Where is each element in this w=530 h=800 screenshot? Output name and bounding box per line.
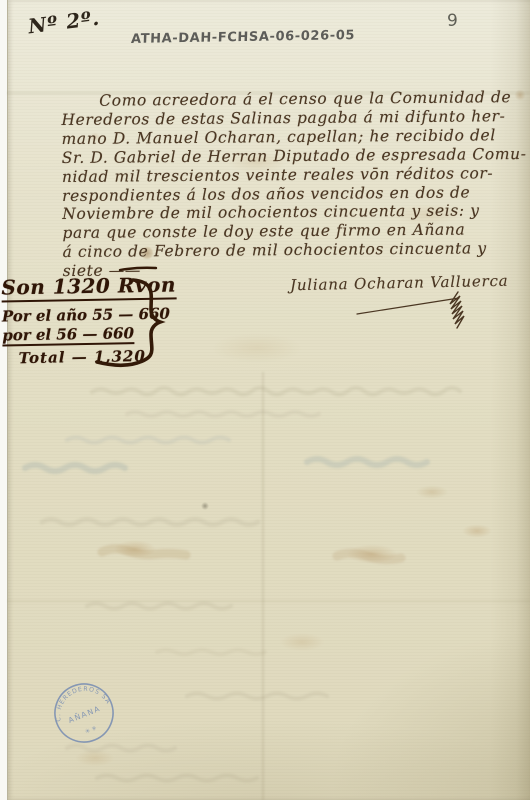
stamp-center-text: AÑANA — [67, 704, 102, 725]
page-number-pencil: 9 — [447, 11, 458, 31]
paper-crease — [7, 600, 530, 602]
margin-sum-heading: Son 1320 Rvon — [1, 272, 176, 302]
margin-row-total: Total — 1,320 — [19, 348, 173, 368]
signature-rubric-zigzag — [450, 292, 464, 328]
margin-account-note: Son 1320 Rvon Por el año 55 — 660 por el… — [1, 273, 173, 368]
margin-row-year55: Por el año 55 — 660 — [2, 306, 172, 326]
document-number-annotation: Nº 2º. — [27, 6, 102, 39]
paper-sheet: Nº 2º. ATHA-DAH-FCHSA-06-026-05 9 Como a… — [7, 0, 530, 800]
stamp-bottom-marks: ✳ ✳ — [84, 725, 98, 736]
signature-name: Juliana Ocharan Valluerca — [290, 272, 509, 295]
margin-row-year56: por el 56 — 660 — [2, 325, 134, 346]
archive-reference-code: ATHA-DAH-FCHSA-06-026-05 — [131, 28, 356, 47]
letter-body: Como acreedora á el censo que la Comunid… — [61, 88, 528, 281]
community-stamp: C. HEREDEROS SALINAS AÑANA ✳ ✳ — [41, 670, 127, 756]
document-scan: Nº 2º. ATHA-DAH-FCHSA-06-026-05 9 Como a… — [0, 0, 530, 800]
paper-crease — [262, 372, 264, 800]
signature-rubric-line — [357, 298, 459, 314]
